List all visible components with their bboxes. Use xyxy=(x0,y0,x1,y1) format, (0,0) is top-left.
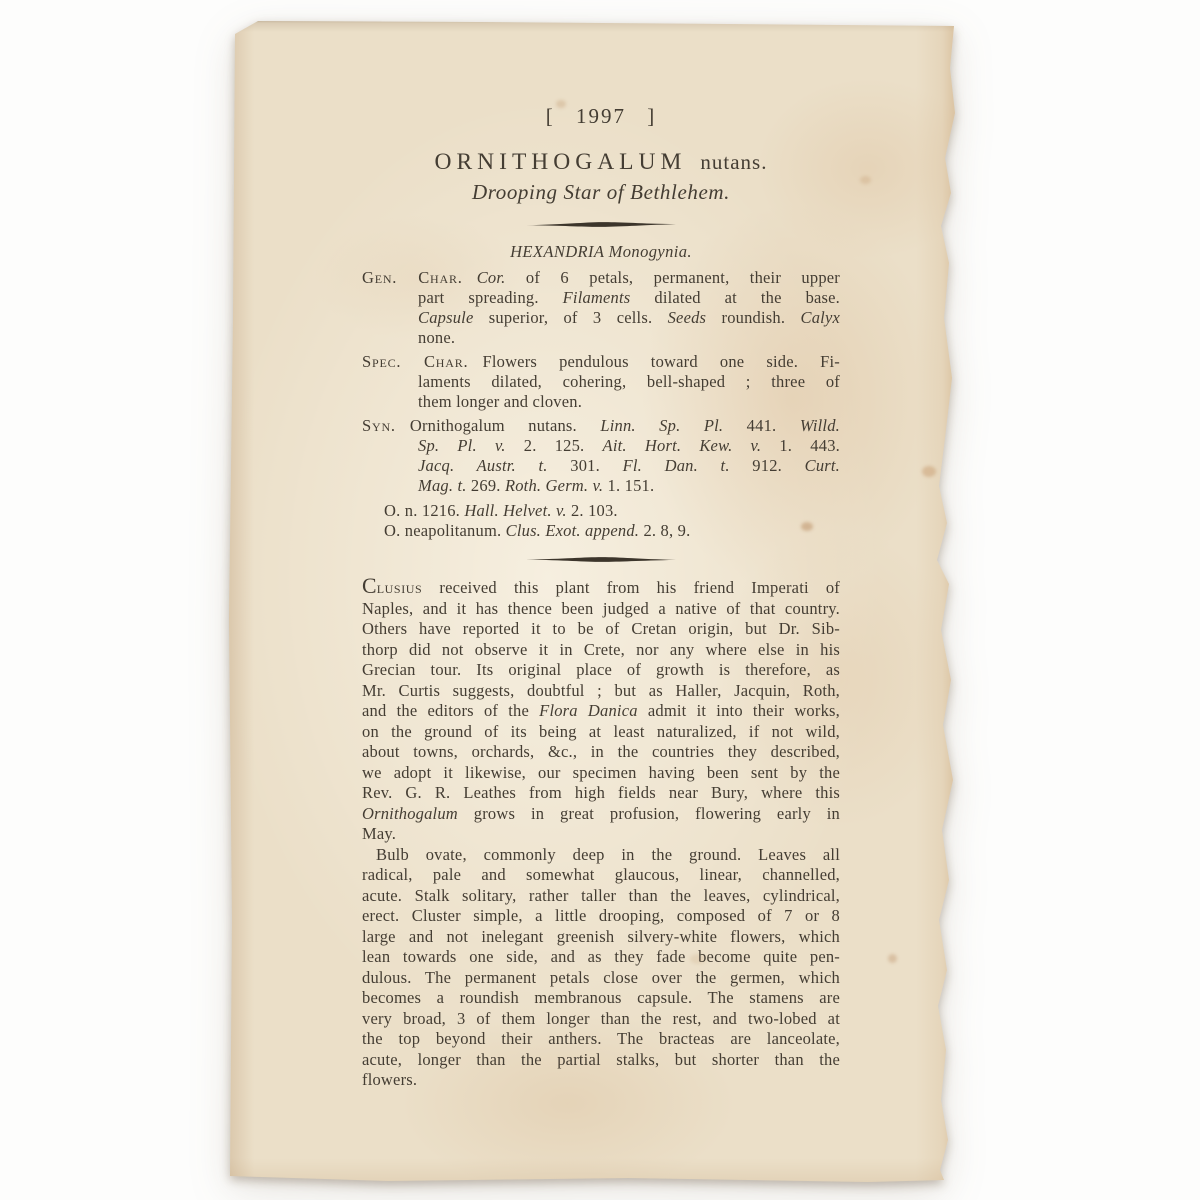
page-content: [ 1997 ] ORNITHOGALUMnutans. Drooping St… xyxy=(228,18,958,1091)
text-line: them longer and cloven. xyxy=(362,392,840,412)
text-segment: Capsule xyxy=(418,308,473,327)
text-segment: Bulb ovate, commonly deep in the ground.… xyxy=(376,845,840,864)
text-segment: 912. xyxy=(730,456,805,475)
text-segment: dulous. The permanent petals close over … xyxy=(362,968,840,987)
text-segment: about towns, orchards, &c., in the count… xyxy=(362,742,840,761)
text-line: lean towards one side, and as they fade … xyxy=(362,947,840,968)
text-segment: Jacq. Austr. t. xyxy=(418,456,548,475)
text-segment: and the editors of the xyxy=(362,701,539,720)
text-segment: Cor. xyxy=(477,268,506,287)
scan-background: [ 1997 ] ORNITHOGALUMnutans. Drooping St… xyxy=(0,0,1200,1200)
section-divider-rule xyxy=(526,556,676,563)
text-segment: Mag. t. xyxy=(418,476,467,495)
text-line: we adopt it likewise, our specimen havin… xyxy=(362,763,840,784)
text-segment: 1. 151. xyxy=(603,476,654,495)
text-line: Others have reported it to be of Cretan … xyxy=(362,619,840,640)
text-line: radical, pale and somewhat glaucous, lin… xyxy=(362,865,840,886)
text-segment: Ait. Hort. Kew. v. xyxy=(603,436,762,455)
text-segment: Flora Danica xyxy=(539,701,638,720)
text-segment: Syn. xyxy=(362,416,396,435)
text-segment: of 6 petals, permanent, their upper xyxy=(505,268,840,287)
text-line: Mr. Curtis suggests, doubtful ; but as H… xyxy=(362,681,840,702)
text-line: Naples, and it has thence been judged a … xyxy=(362,599,840,620)
common-name-subtitle: Drooping Star of Bethlehem. xyxy=(362,180,840,205)
text-segment: Naples, and it has thence been judged a … xyxy=(362,599,840,618)
text-segment: Sp. Pl. v. xyxy=(418,436,506,455)
page-number: [ 1997 ] xyxy=(362,104,840,129)
text-segment: part spreading. xyxy=(418,288,563,307)
text-segment: Hall. Helvet. v. xyxy=(464,501,566,520)
text-line: Grecian tour. Its original place of grow… xyxy=(362,660,840,681)
text-segment: Gen. Char. xyxy=(362,268,463,287)
text-segment: dilated at the base. xyxy=(630,288,840,307)
text-segment: C xyxy=(362,574,377,598)
text-segment: grows in great profusion, flowering earl… xyxy=(458,804,840,823)
page-title: ORNITHOGALUMnutans. xyxy=(362,149,840,176)
text-line: none. xyxy=(362,328,840,348)
text-segment: Ornithogalum xyxy=(362,804,458,823)
text-line: Jacq. Austr. t. 301. Fl. Dan. t. 912. Cu… xyxy=(362,456,840,476)
clusius-history-paragraph: Clusius received this plant from his fri… xyxy=(362,576,840,845)
text-segment: acute. Stalk solitary, rather taller tha… xyxy=(362,886,840,905)
text-segment: Curt. xyxy=(805,456,840,475)
text-line: erect. Cluster simple, a little drooping… xyxy=(362,906,840,927)
text-segment: 2. 103. xyxy=(567,501,618,520)
text-line: large and not inelegant greenish silvery… xyxy=(362,927,840,948)
synonyms-paragraph: Syn.Ornithogalum nutans. Linn. Sp. Pl. 4… xyxy=(362,416,840,496)
text-segment: laments dilated, cohering, bell-shaped ;… xyxy=(418,372,840,391)
text-segment: O. neapolitanum. xyxy=(384,521,506,540)
text-segment: Clus. Exot. append. xyxy=(506,521,640,540)
swelled-rule-icon xyxy=(526,220,676,229)
text-segment: 441. xyxy=(723,416,800,435)
text-line: very broad, 3 of them longer than the re… xyxy=(362,1009,840,1030)
text-segment: 2. 8, 9. xyxy=(639,521,690,540)
text-line: Spec. Char.Flowers pendulous toward one … xyxy=(362,352,840,372)
text-segment: 1. 443. xyxy=(761,436,840,455)
section-divider-rule xyxy=(526,221,676,228)
text-segment: Ornithogalum nutans. xyxy=(410,416,600,435)
text-line: O. n. 1216. Hall. Helvet. v. 2. 103. xyxy=(362,501,840,521)
specific-character-paragraph: Spec. Char.Flowers pendulous toward one … xyxy=(362,352,840,412)
text-line: Sp. Pl. v. 2. 125. Ait. Hort. Kew. v. 1.… xyxy=(362,436,840,456)
text-segment: O. n. 1216. xyxy=(384,501,464,520)
text-line: Mag. t. 269. Roth. Germ. v. 1. 151. xyxy=(362,476,840,496)
text-segment: 2. 125. xyxy=(506,436,603,455)
text-line: part spreading. Filaments dilated at the… xyxy=(362,288,840,308)
text-segment: superior, of 3 cells. xyxy=(473,308,667,327)
title-genus: ORNITHOGALUM xyxy=(435,149,687,175)
text-segment: Mr. Curtis suggests, doubtful ; but as H… xyxy=(362,681,840,700)
botanical-description-paragraph: Bulb ovate, commonly deep in the ground.… xyxy=(362,845,840,1091)
text-segment: Seeds xyxy=(668,308,707,327)
text-line: Ornithogalum grows in great profusion, f… xyxy=(362,804,840,825)
text-segment: admit it into their works, xyxy=(638,701,840,720)
text-line: Rev. G. R. Leathes from high fields near… xyxy=(362,783,840,804)
text-segment: Grecian tour. Its original place of grow… xyxy=(362,660,840,679)
text-segment: May. xyxy=(362,824,396,843)
text-line: about towns, orchards, &c., in the count… xyxy=(362,742,840,763)
title-species: nutans. xyxy=(700,150,767,174)
text-line: O. neapolitanum. Clus. Exot. append. 2. … xyxy=(362,521,840,541)
text-line: thorp did not observe it in Crete, nor a… xyxy=(362,640,840,661)
text-line: Gen. Char.Cor. of 6 petals, permanent, t… xyxy=(362,268,840,288)
text-segment: on the ground of its being at least natu… xyxy=(362,722,840,741)
text-line: acute, longer than the partial stalks, b… xyxy=(362,1050,840,1071)
text-line: the top beyond their anthers. The bracte… xyxy=(362,1029,840,1050)
text-segment: Willd. xyxy=(800,416,840,435)
generic-character-paragraph: Gen. Char.Cor. of 6 petals, permanent, t… xyxy=(362,268,840,348)
text-line: becomes a roundish membranous capsule. T… xyxy=(362,988,840,1009)
text-segment: lean towards one side, and as they fade … xyxy=(362,947,840,966)
text-line: Clusius received this plant from his fri… xyxy=(362,576,840,599)
text-line: flowers. xyxy=(362,1070,840,1091)
book-page: [ 1997 ] ORNITHOGALUMnutans. Drooping St… xyxy=(228,18,958,1184)
text-segment: Flowers pendulous toward one side. Fi- xyxy=(482,352,840,371)
text-line: and the editors of the Flora Danica admi… xyxy=(362,701,840,722)
text-segment: the top beyond their anthers. The bracte… xyxy=(362,1029,840,1048)
text-segment: Linn. Sp. Pl. xyxy=(600,416,723,435)
text-segment: lusius xyxy=(377,578,423,597)
text-segment: Calyx xyxy=(801,308,841,327)
text-segment: Roth. Germ. v. xyxy=(505,476,603,495)
text-segment: Spec. Char. xyxy=(362,352,468,371)
synonyms-additional-lines: O. n. 1216. Hall. Helvet. v. 2. 103.O. n… xyxy=(362,501,840,541)
text-segment: Filaments xyxy=(563,288,631,307)
text-line: May. xyxy=(362,824,840,845)
text-segment: thorp did not observe it in Crete, nor a… xyxy=(362,640,840,659)
text-segment: none. xyxy=(418,328,455,347)
text-segment: becomes a roundish membranous capsule. T… xyxy=(362,988,840,1007)
text-segment: Fl. Dan. t. xyxy=(623,456,730,475)
text-segment: acute, longer than the partial stalks, b… xyxy=(362,1050,840,1069)
text-segment: erect. Cluster simple, a little drooping… xyxy=(362,906,840,925)
text-line: Syn.Ornithogalum nutans. Linn. Sp. Pl. 4… xyxy=(362,416,840,436)
text-segment: flowers. xyxy=(362,1070,417,1089)
text-segment: very broad, 3 of them longer than the re… xyxy=(362,1009,840,1028)
text-segment: 301. xyxy=(548,456,623,475)
text-segment: roundish. xyxy=(706,308,800,327)
text-line: on the ground of its being at least natu… xyxy=(362,722,840,743)
text-segment: them longer and cloven. xyxy=(418,392,582,411)
text-segment: radical, pale and somewhat glaucous, lin… xyxy=(362,865,840,884)
text-segment: received this plant from his friend Impe… xyxy=(422,578,840,597)
swelled-rule-icon xyxy=(526,556,676,563)
text-segment: Others have reported it to be of Cretan … xyxy=(362,619,840,638)
text-line: acute. Stalk solitary, rather taller tha… xyxy=(362,886,840,907)
text-line: dulous. The permanent petals close over … xyxy=(362,968,840,989)
text-line: laments dilated, cohering, bell-shaped ;… xyxy=(362,372,840,392)
class-order-heading: HEXANDRIA Monogynia. xyxy=(362,242,840,262)
text-line: Bulb ovate, commonly deep in the ground.… xyxy=(362,845,840,866)
text-segment: 269. xyxy=(467,476,505,495)
text-line: Capsule superior, of 3 cells. Seeds roun… xyxy=(362,308,840,328)
text-segment: Rev. G. R. Leathes from high fields near… xyxy=(362,783,840,802)
text-segment: large and not inelegant greenish silvery… xyxy=(362,927,840,946)
text-segment: we adopt it likewise, our specimen havin… xyxy=(362,763,840,782)
